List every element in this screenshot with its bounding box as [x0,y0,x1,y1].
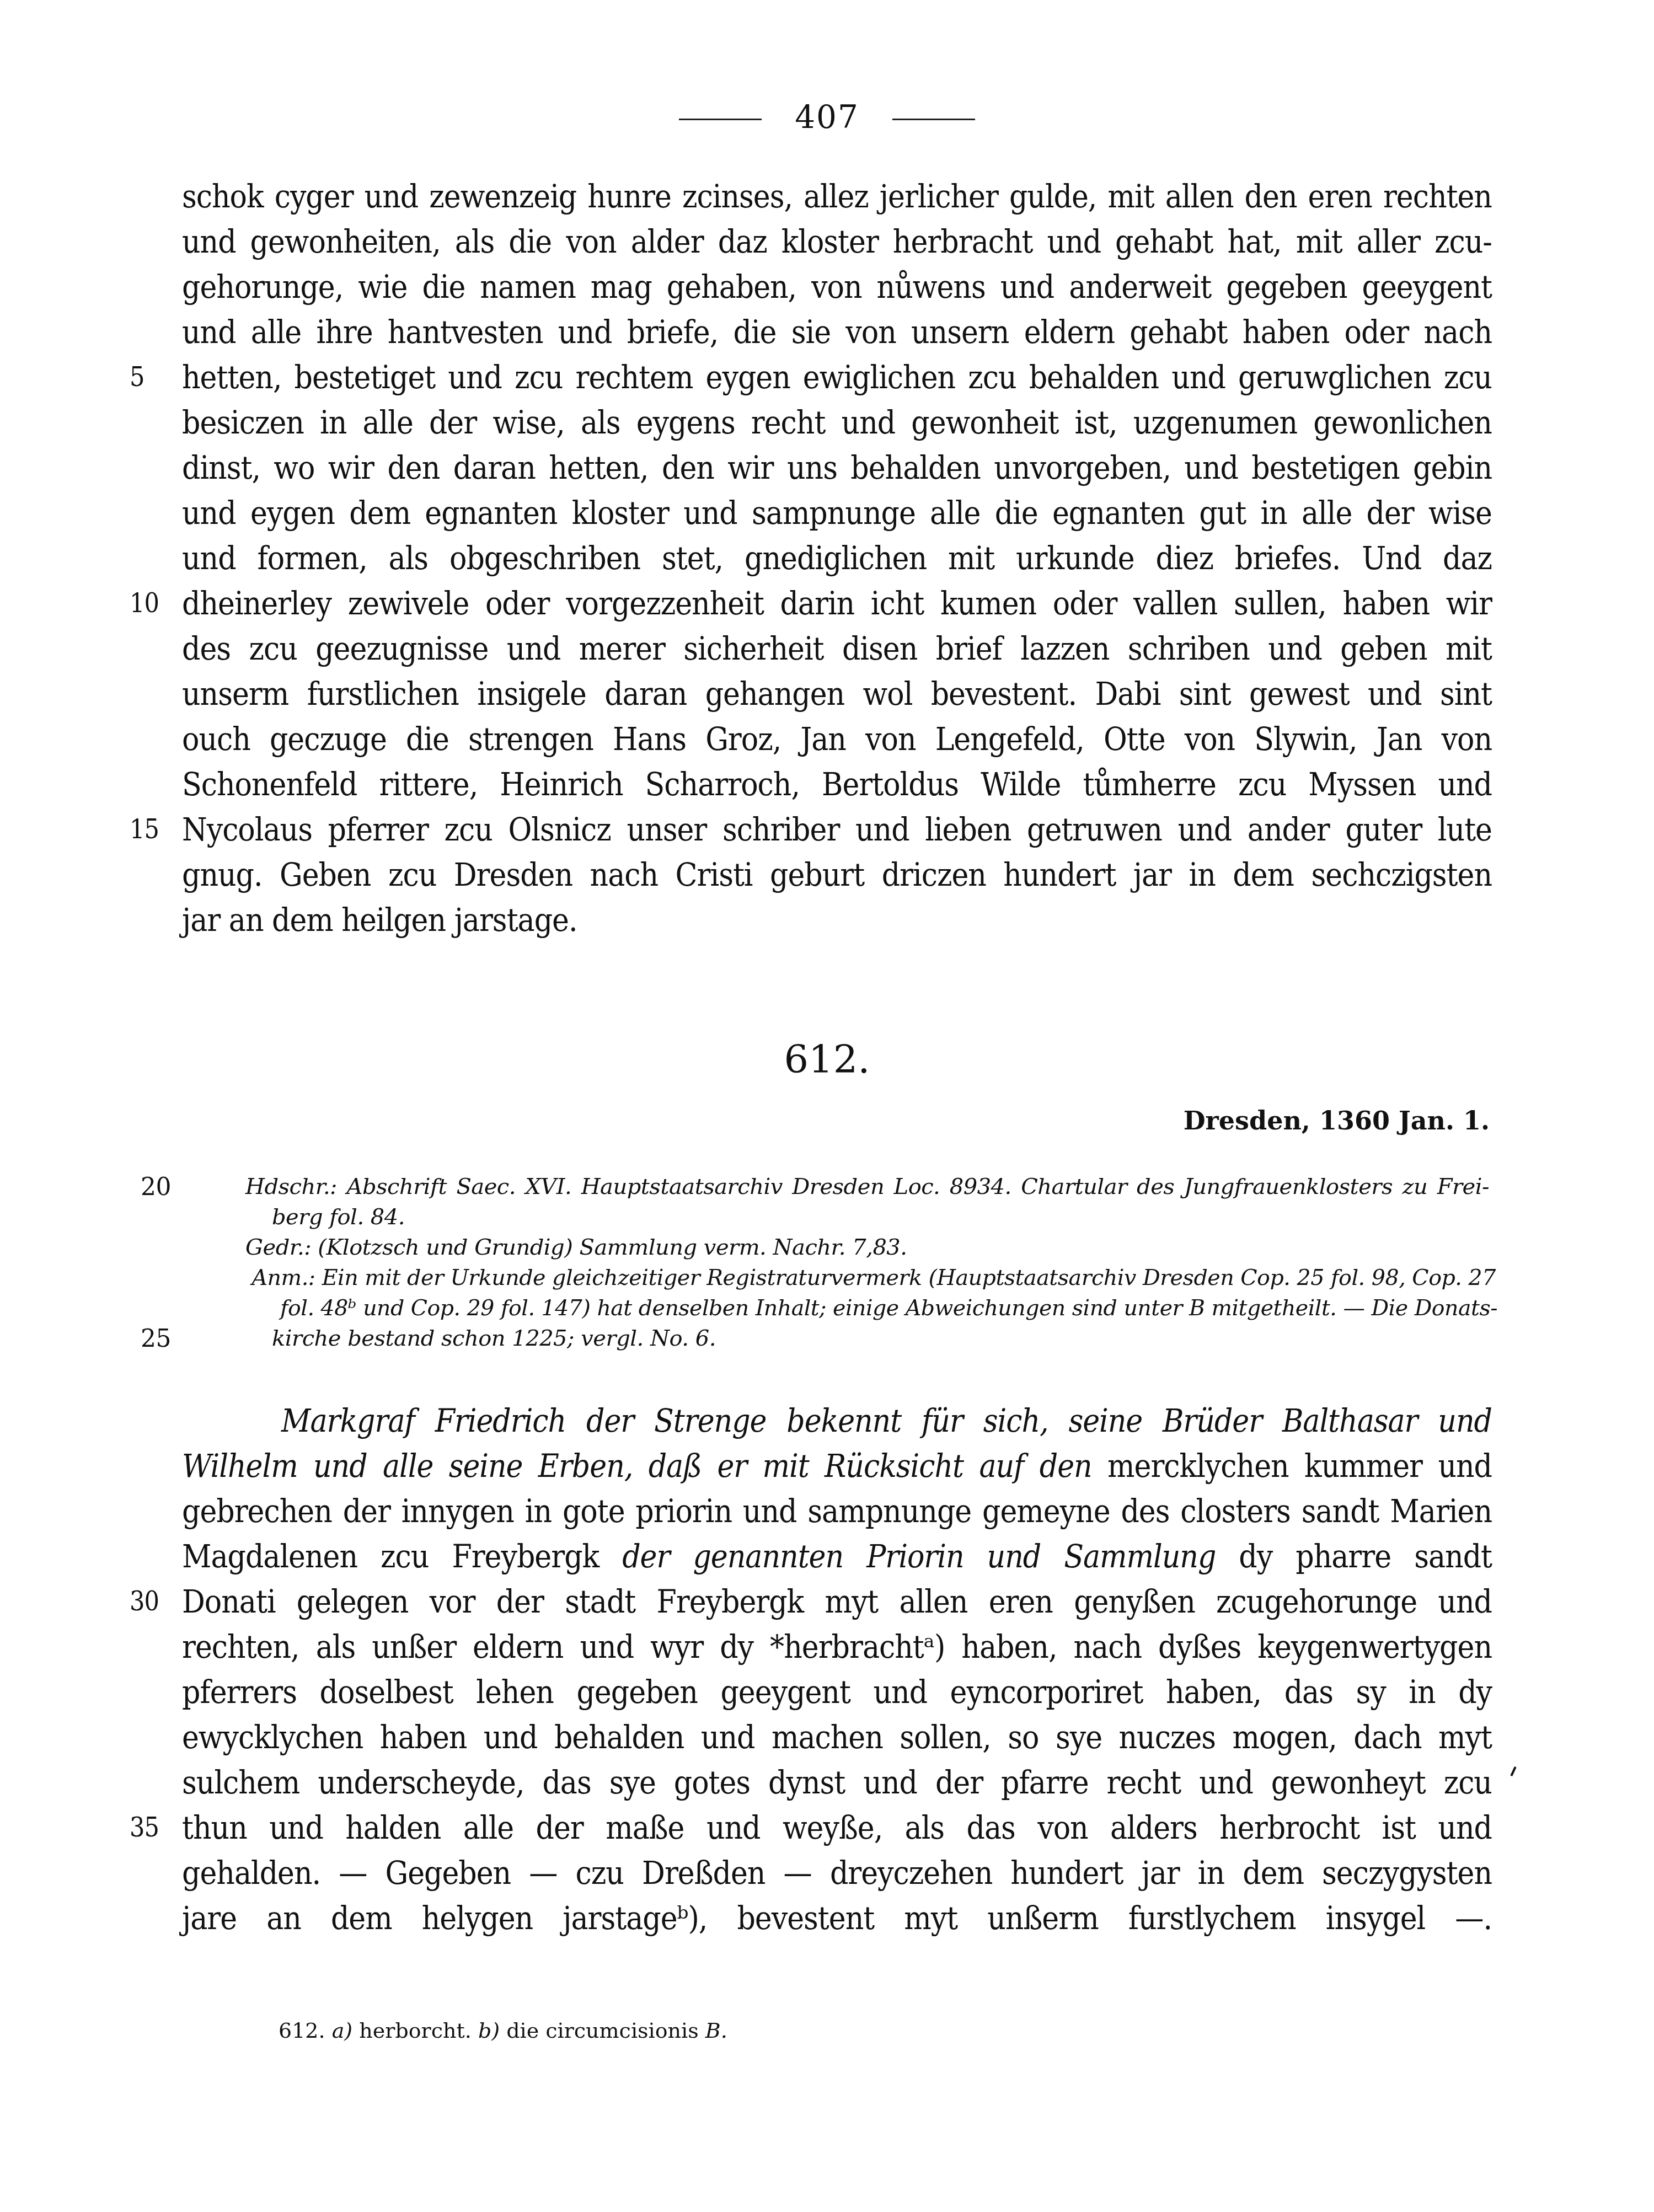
footnote-b: die circumcisionis [500,2018,705,2043]
apparatus-line: berg fol. 84. [245,1202,1489,1233]
text-line: pferrers doselbest lehen gegeben geeygen… [182,1669,1492,1715]
line-number: 5 [130,355,144,400]
critical-apparatus: 20Hdschr.: Abschrift Saec. XVI. Hauptsta… [245,1172,1489,1354]
text-line: jare an dem helygen jarstageᵇ), bevesten… [182,1895,1492,1941]
text-line: gehorunge, wie die namen mag gehaben, vo… [182,264,1492,309]
page-number: 407 [795,98,859,136]
text-line: schok cyger und zewenzeig hunre zcinses,… [182,174,1492,219]
footnote-marker-b: b) [478,2018,500,2043]
footnote-marker-a: a) [332,2018,352,2043]
line-number: 20 [141,1172,171,1202]
text-line: gebrechen der innygen in gote priorin un… [182,1488,1492,1534]
continuation-text: schok cyger und zewenzeig hunre zcinses,… [182,174,1492,942]
regest-line: Wilhelm und alle seine Erben, daß er mit… [182,1443,1492,1488]
text-line: und gewonheiten, als die von alder daz k… [182,219,1492,264]
text-line: 35thun und halden alle der maße und weyß… [182,1805,1492,1850]
text-line: sulchem underscheyde, das sye gotes dyns… [182,1760,1492,1805]
text-line: Magdalenen zcu Freybergk der genannten P… [182,1534,1492,1579]
text-line: gnug. Geben zcu Dresden nach Cristi gebu… [182,852,1492,897]
apparatus-line: 20Hdschr.: Abschrift Saec. XVI. Hauptsta… [245,1172,1489,1202]
text-line: besiczen in alle der wise, als eygens re… [182,400,1492,445]
text-line: gehalden. — Gegeben — czu Dreßden — drey… [182,1850,1492,1895]
footnotes: 612. a) herborcht. b) die circumcisionis… [279,2018,727,2043]
stray-mark [1510,1766,1516,1776]
text-line: 30Donati gelegen vor der stadt Freybergk… [182,1579,1492,1624]
regest-line: Markgraf Friedrich der Strenge bekennt f… [182,1398,1492,1443]
line-number: 35 [130,1805,159,1850]
apparatus-line: Anm.: Ein mit der Urkunde gleichzeitiger… [252,1263,1496,1293]
document-body: Markgraf Friedrich der Strenge bekennt f… [182,1398,1492,1941]
header-rule-right [892,119,975,120]
text-line: unserm furstlichen insigele daran gehang… [182,671,1492,716]
document-number: 612. [0,1037,1654,1082]
page-header: 407 [0,98,1654,136]
text-line: und eygen dem egnanten kloster und sampn… [182,490,1492,535]
text-line: Schonenfeld rittere, Heinrich Scharroch,… [182,762,1492,807]
line-number: 10 [130,581,159,626]
text-line: und alle ihre hantvesten und briefe, die… [182,309,1492,355]
footnote-siglum: B. [705,2018,727,2043]
footnote-a: herborcht. [352,2018,478,2043]
footnote-label: 612. [279,2018,325,2043]
line-number: 30 [130,1579,159,1624]
text-line: dinst, wo wir den daran hetten, den wir … [182,445,1492,490]
dateline: Dresden, 1360 Jan. 1. [1184,1106,1490,1136]
text-line: jar an dem heilgen jarstage. [182,897,1492,942]
apparatus-line: Gedr.: (Klotzsch und Grundig) Sammlung v… [245,1233,1489,1263]
text-line: ouch geczuge die strengen Hans Groz, Jan… [182,716,1492,762]
text-line: des zcu geezugnisse und merer sicherheit… [182,626,1492,671]
apparatus-line: 25kirche bestand schon 1225; vergl. No. … [245,1324,1489,1354]
text-line: und formen, als obgeschriben stet, gnedi… [182,535,1492,581]
line-number: 15 [130,807,159,852]
text-line: ewycklychen haben und behalden und mache… [182,1715,1492,1760]
text-line: 10dheinerley zewivele oder vorgezzenheit… [182,581,1492,626]
text-line: 15Nycolaus pferrer zcu Olsnicz unser sch… [182,807,1492,852]
line-number: 25 [141,1324,171,1354]
apparatus-line: fol. 48ᵇ und Cop. 29 fol. 147) hat dense… [280,1293,1497,1324]
text-line: rechten, als unßer eldern und wyr dy *he… [182,1624,1492,1669]
text-line: 5hetten, bestetiget und zcu rechtem eyge… [182,355,1492,400]
header-rule-left [679,119,762,120]
